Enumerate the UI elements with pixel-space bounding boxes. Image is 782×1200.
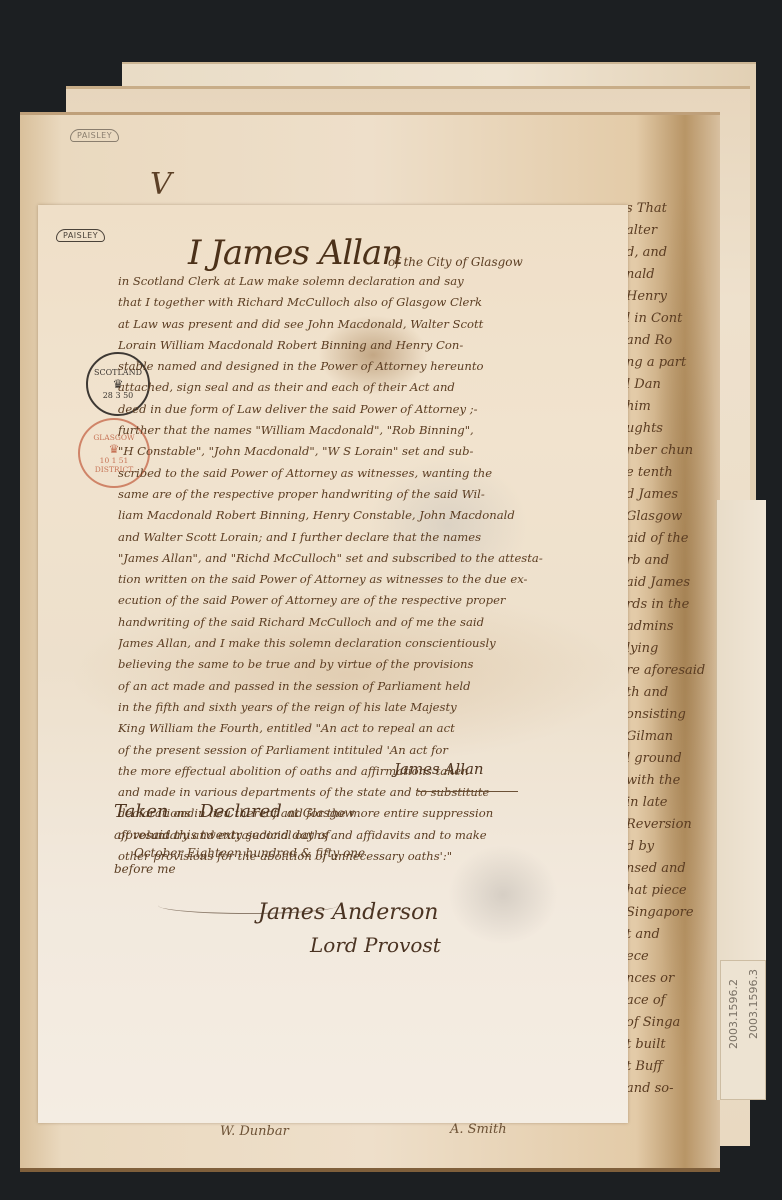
body-line: liam Macdonald Robert Binning, Henry Con… [118, 505, 618, 526]
body-line: at Law was present and did see John Macd… [118, 314, 618, 335]
margin-line: hat piece [626, 880, 705, 902]
accession-number-2: 2003.1596.3 [747, 969, 760, 1039]
margin-line: Glasgow [626, 506, 705, 528]
official-title: Lord Provost [310, 933, 441, 957]
margin-line: admins [626, 616, 705, 638]
declarant-signature: James Allan [394, 760, 484, 778]
margin-line: in late [626, 792, 705, 814]
margin-line: ece [626, 946, 705, 968]
margin-line: him [626, 396, 705, 418]
margin-line: rds in the [626, 594, 705, 616]
margin-line: s That [626, 198, 705, 220]
body-line: deed in due form of Law deliver the said… [118, 399, 618, 420]
margin-line: l ground [626, 748, 705, 770]
body-line: in Scotland Clerk at Law make solemn dec… [118, 271, 618, 292]
body-line: the more effectual abolition of oaths an… [118, 761, 618, 782]
margin-line: t built [626, 1034, 705, 1056]
attestation-line-2: aforesaid this twenty second day of [114, 828, 365, 842]
body-line: Lorain William Macdonald Robert Binning … [118, 335, 618, 356]
margin-line: alter [626, 220, 705, 242]
margin-line: t Buff [626, 1056, 705, 1078]
margin-line: onsisting [626, 704, 705, 726]
footer-signature-2: A. Smith [450, 1122, 507, 1137]
declaration-body: in Scotland Clerk at Law make solemn dec… [118, 271, 618, 867]
body-line: attached, sign seal and as their and eac… [118, 377, 618, 398]
opening-rest: of the City of Glasgow [388, 255, 523, 269]
margin-line: e tenth [626, 462, 705, 484]
paisley-arc-stamp: PAISLEY [56, 229, 105, 242]
taken-word: Taken [114, 801, 169, 822]
paisley-arc-stamp-back: PAISLEY [70, 129, 119, 142]
margin-line: th and [626, 682, 705, 704]
body-line: of an act made and passed in the session… [118, 676, 618, 697]
body-line: ecution of the said Power of Attorney ar… [118, 590, 618, 611]
margin-line: nces or [626, 968, 705, 990]
margin-line: nsed and [626, 858, 705, 880]
opening-name: I James Allan [188, 233, 402, 273]
body-line: stable named and designed in the Power o… [118, 356, 618, 377]
at-glasgow: at Glasgow [287, 806, 355, 820]
margin-line: with the [626, 770, 705, 792]
attestation-block: Taken and Declared at Glasgow aforesaid … [114, 801, 365, 876]
margin-line: t and [626, 924, 705, 946]
margin-line: ng a part [626, 352, 705, 374]
margin-line: of Singa [626, 1012, 705, 1034]
margin-line: ughts [626, 418, 705, 440]
signature-flourish [158, 897, 338, 914]
body-line: King William the Fourth, entitled "An ac… [118, 718, 618, 739]
body-line: tion written on the said Power of Attorn… [118, 569, 618, 590]
body-line: handwriting of the said Richard McCulloc… [118, 612, 618, 633]
margin-line: Gilman [626, 726, 705, 748]
body-line: believing the same to be true and by vir… [118, 654, 618, 675]
body-line: scribed to the said Power of Attorney as… [118, 463, 618, 484]
body-line: James Allan, and I make this solemn decl… [118, 633, 618, 654]
attestation-line-3: October Eighteen hundred & fifty one [134, 846, 365, 860]
margin-line: rb and [626, 550, 705, 572]
declared-word: Declared [199, 801, 281, 822]
and-word: and [174, 807, 195, 820]
margin-line: and Ro [626, 330, 705, 352]
body-line: in the fifth and sixth years of the reig… [118, 697, 618, 718]
margin-line: ace of [626, 990, 705, 1012]
margin-line: Singapore [626, 902, 705, 924]
margin-line: Reversion [626, 814, 705, 836]
body-line: "James Allan", and "Richd McCulloch" set… [118, 548, 618, 569]
margin-line: d, and [626, 242, 705, 264]
body-line: that I together with Richard McCulloch a… [118, 292, 618, 313]
margin-line: nald [626, 264, 705, 286]
margin-line: Henry [626, 286, 705, 308]
attestation-line-1: Taken and Declared at Glasgow [114, 801, 365, 822]
body-line: same are of the respective proper handwr… [118, 484, 618, 505]
back-page-initial: V [150, 167, 172, 202]
underlying-page-margin: s That alter d, and nald Henry l in Cont… [626, 198, 705, 1100]
signature-rule [418, 791, 518, 792]
margin-line: aid James [626, 572, 705, 594]
accession-number-1: 2003.1596.2 [727, 979, 740, 1049]
margin-line: aid of the [626, 528, 705, 550]
margin-line: lying [626, 638, 705, 660]
body-line: further that the names "William Macdonal… [118, 420, 618, 441]
body-line: of the present session of Parliament int… [118, 740, 618, 761]
attestation-line-4: before me [114, 862, 365, 876]
margin-line: l Dan [626, 374, 705, 396]
body-line: "H Constable", "John Macdonald", "W S Lo… [118, 441, 618, 462]
margin-line: d by [626, 836, 705, 858]
footer-signature-1: W. Dunbar [220, 1124, 289, 1139]
margin-line: re aforesaid [626, 660, 705, 682]
margin-line: d James [626, 484, 705, 506]
margin-line: l in Cont [626, 308, 705, 330]
margin-line: and so- [626, 1078, 705, 1100]
declaration-page: PAISLEY SCOTLAND ♛ 28 3 50 GLASGOW ♛ 10 … [38, 205, 628, 1123]
body-line: and Walter Scott Lorain; and I further d… [118, 527, 618, 548]
margin-line: nber chun [626, 440, 705, 462]
accession-label: 2003.1596.2 2003.1596.3 [720, 960, 766, 1100]
